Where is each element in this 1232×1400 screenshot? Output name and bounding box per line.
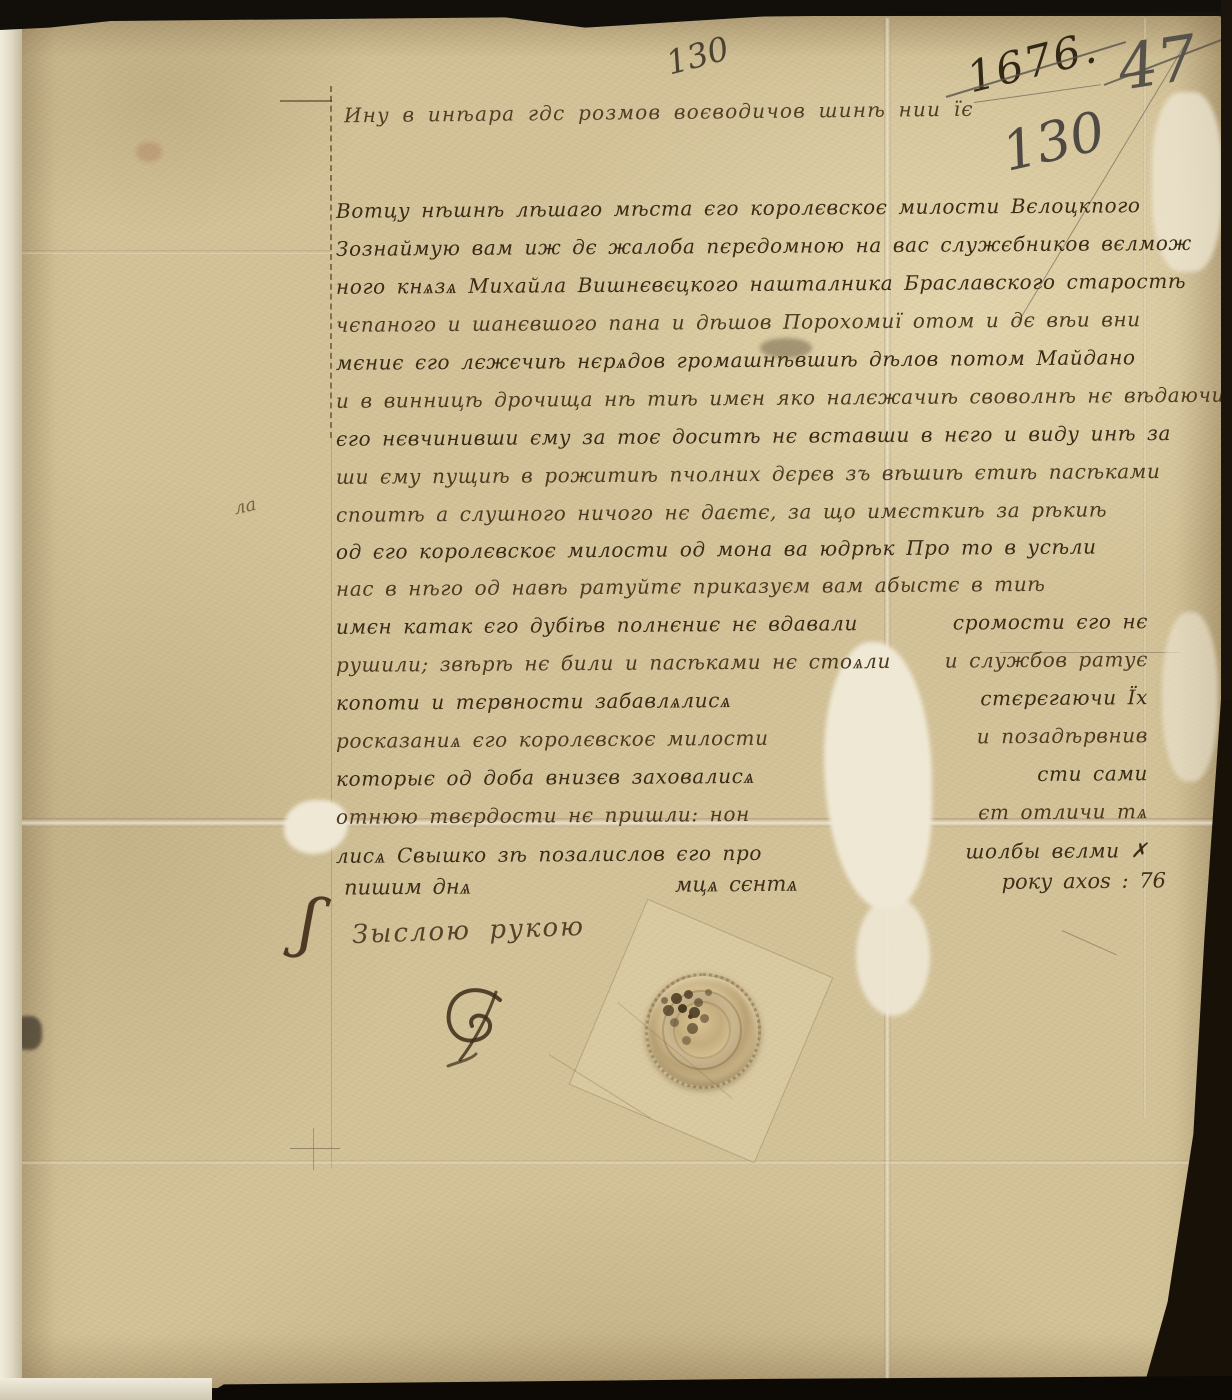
date-month: мцѧ сєнтѧ [675, 872, 798, 898]
seal-spots [688, 1014, 693, 1019]
fold-line-right [1143, 18, 1147, 1118]
damage-patch-right-mid [1162, 612, 1218, 782]
manuscript-scan: 130 1676. 47 130 Ину в инѣара гдс розмов… [0, 0, 1232, 1400]
page-edge-left [0, 26, 22, 1380]
page-edge-bottom [0, 1378, 212, 1400]
fold-cross-mark-h [290, 1148, 340, 1149]
date-day: пишим днѧ [344, 874, 471, 900]
mat-edge-right [1221, 0, 1232, 760]
signature-monogram [430, 982, 530, 1078]
date-year: року ахоѕ : 76 [1001, 868, 1166, 894]
crease-bottom [22, 1160, 1221, 1165]
rust-stain [136, 142, 162, 162]
damage-patch-center-lower [856, 896, 930, 1016]
fold-line-left [330, 86, 334, 438]
fold-cross-mark-v [313, 1128, 314, 1170]
monogram-glyph [430, 982, 530, 1074]
margin-rule-mark [280, 100, 332, 102]
crease-top-left [22, 250, 332, 254]
seal-inner-ring [662, 990, 742, 1070]
